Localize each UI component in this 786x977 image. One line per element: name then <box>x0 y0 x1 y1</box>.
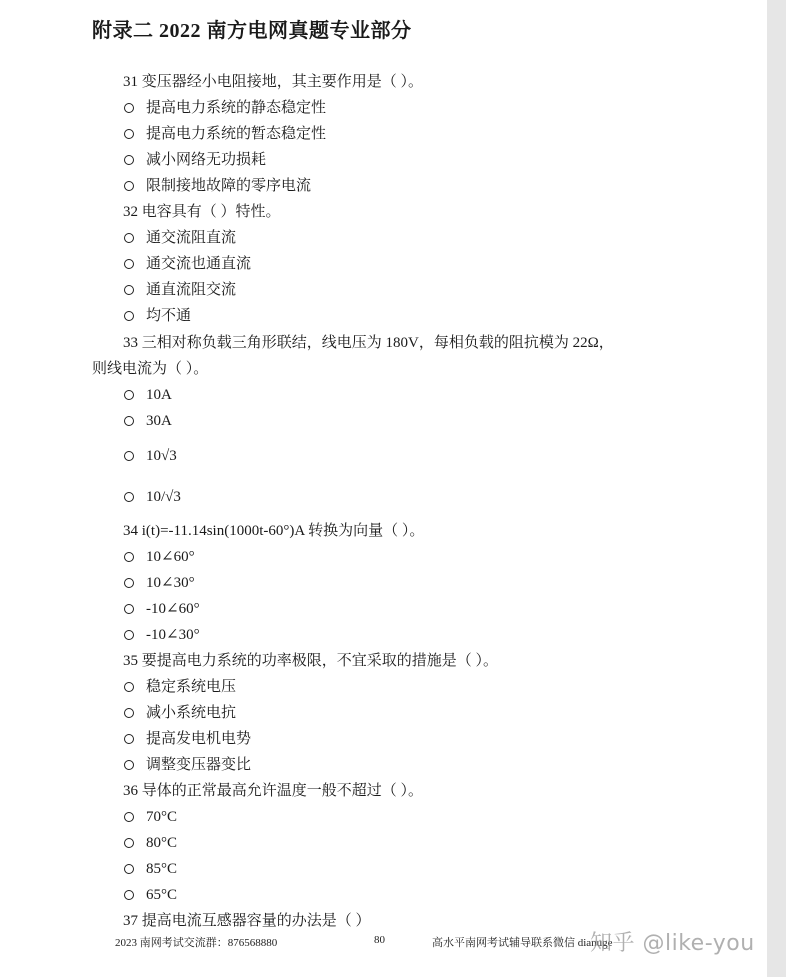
radio-icon[interactable] <box>124 708 134 718</box>
option[interactable]: -10∠30° <box>124 625 200 645</box>
page-title: 附录二 2022 南方电网真题专业部分 <box>92 14 412 43</box>
radio-icon[interactable] <box>124 259 134 269</box>
option[interactable]: 提高电力系统的暂态稳定性 <box>124 124 326 144</box>
option[interactable]: 通直流阻交流 <box>124 280 236 300</box>
option[interactable]: 减小网络无功损耗 <box>124 150 266 170</box>
option-label: 85°C <box>146 859 177 879</box>
question-35: 35 要提高电力系统的功率极限，不宜采取的措施是（ ）。 <box>123 651 498 671</box>
right-margin-strip <box>767 0 786 977</box>
option[interactable]: 通交流阻直流 <box>124 228 236 248</box>
option[interactable]: 10√3 <box>124 446 177 466</box>
option[interactable]: 减小系统电抗 <box>124 703 236 723</box>
option[interactable]: 均不通 <box>124 306 191 326</box>
option[interactable]: -10∠60° <box>124 599 200 619</box>
radio-icon[interactable] <box>124 578 134 588</box>
option-label: 通交流阻直流 <box>146 228 236 248</box>
page-number: 80 <box>374 934 385 946</box>
option[interactable]: 提高发电机电势 <box>124 729 251 749</box>
option-label: 65°C <box>146 885 177 905</box>
option-label: 通直流阻交流 <box>146 280 236 300</box>
option-label: 10√3 <box>146 446 177 466</box>
question-31: 31 变压器经小电阻接地，其主要作用是（ ）。 <box>123 72 423 92</box>
option[interactable]: 10∠30° <box>124 573 195 593</box>
option-label: 调整变压器变比 <box>146 755 251 775</box>
option-label: 10A <box>146 385 172 405</box>
radio-icon[interactable] <box>124 682 134 692</box>
radio-icon[interactable] <box>124 552 134 562</box>
question-36: 36 导体的正常最高允许温度一般不超过（ ）。 <box>123 781 423 801</box>
footer-left: 2023 南网考试交流群：876568880 <box>115 934 277 950</box>
option[interactable]: 调整变压器变比 <box>124 755 251 775</box>
option-label: 稳定系统电压 <box>146 677 236 697</box>
option-label: 通交流也通直流 <box>146 254 251 274</box>
option-label: 限制接地故障的零序电流 <box>146 176 311 196</box>
radio-icon[interactable] <box>124 890 134 900</box>
radio-icon[interactable] <box>124 390 134 400</box>
radio-icon[interactable] <box>124 760 134 770</box>
option-label: -10∠30° <box>146 625 200 645</box>
option-label: 70°C <box>146 807 177 827</box>
option-label: 减小系统电抗 <box>146 703 236 723</box>
question-37: 37 提高电流互感器容量的办法是（ ） <box>123 911 371 931</box>
question-32: 32 电容具有（ ）特性。 <box>123 202 281 222</box>
radio-icon[interactable] <box>124 103 134 113</box>
zhihu-watermark: 知乎 @like-you <box>590 926 755 957</box>
option[interactable]: 提高电力系统的静态稳定性 <box>124 98 326 118</box>
option-label: 均不通 <box>146 306 191 326</box>
option[interactable]: 稳定系统电压 <box>124 677 236 697</box>
option[interactable]: 10∠60° <box>124 547 195 567</box>
radio-icon[interactable] <box>124 838 134 848</box>
option[interactable]: 通交流也通直流 <box>124 254 251 274</box>
option[interactable]: 30A <box>124 411 172 431</box>
radio-icon[interactable] <box>124 233 134 243</box>
radio-icon[interactable] <box>124 734 134 744</box>
option-label: 10∠60° <box>146 547 195 567</box>
question-34: 34 i(t)=-11.14sin(1000t-60°)A 转换为向量（ ）。 <box>123 521 424 541</box>
radio-icon[interactable] <box>124 864 134 874</box>
footer-right: 高水平南网考试辅导联系微信 dianuge <box>432 934 613 950</box>
radio-icon[interactable] <box>124 155 134 165</box>
option-label: 提高电力系统的暂态稳定性 <box>146 124 326 144</box>
question-33: 33 三相对称负载三角形联结，线电压为 180V，每相负载的阻抗模为 22Ω， <box>123 333 614 353</box>
radio-icon[interactable] <box>124 451 134 461</box>
option[interactable]: 限制接地故障的零序电流 <box>124 176 311 196</box>
radio-icon[interactable] <box>124 812 134 822</box>
radio-icon[interactable] <box>124 311 134 321</box>
radio-icon[interactable] <box>124 604 134 614</box>
radio-icon[interactable] <box>124 129 134 139</box>
option-label: 80°C <box>146 833 177 853</box>
option[interactable]: 10/√3 <box>124 487 181 507</box>
radio-icon[interactable] <box>124 630 134 640</box>
option-label: -10∠60° <box>146 599 200 619</box>
option-label: 提高发电机电势 <box>146 729 251 749</box>
option[interactable]: 65°C <box>124 885 177 905</box>
option-label: 减小网络无功损耗 <box>146 150 266 170</box>
option[interactable]: 80°C <box>124 833 177 853</box>
option-label: 10∠30° <box>146 573 195 593</box>
option-label: 提高电力系统的静态稳定性 <box>146 98 326 118</box>
option[interactable]: 70°C <box>124 807 177 827</box>
option-label: 10/√3 <box>146 487 181 507</box>
option[interactable]: 10A <box>124 385 172 405</box>
question-33-continued: 则线电流为（ ）。 <box>92 359 208 379</box>
radio-icon[interactable] <box>124 492 134 502</box>
option[interactable]: 85°C <box>124 859 177 879</box>
radio-icon[interactable] <box>124 416 134 426</box>
option-label: 30A <box>146 411 172 431</box>
radio-icon[interactable] <box>124 285 134 295</box>
radio-icon[interactable] <box>124 181 134 191</box>
